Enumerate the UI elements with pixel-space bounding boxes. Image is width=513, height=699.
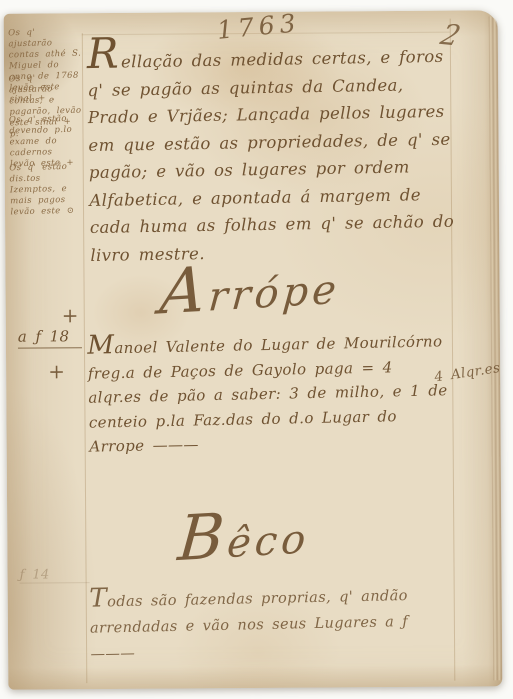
book-page-edge xyxy=(489,16,503,680)
folio-reference-faint: ƒ 14 xyxy=(20,567,90,583)
margin-note: Os q' estão dis.tos Izemptos, e mais pag… xyxy=(9,162,83,219)
cross-mark: + xyxy=(48,359,65,383)
scan-background: { "colors":{ "bg":"#fafaf7", "paper":"#e… xyxy=(0,0,513,699)
manuscript-page: 1763 2 Os q' ajustarão contas athé S. Mi… xyxy=(4,10,503,689)
cross-mark: + xyxy=(62,303,79,327)
section-heading-arrope: Arrópe xyxy=(108,241,393,331)
entry-paragraph: Todas são fazendas proprias, q' andão ar… xyxy=(89,578,455,668)
year-heading: 1763 xyxy=(183,5,335,48)
title-paragraph: Rellação das medidas certas, e foros q' … xyxy=(87,43,457,269)
folio-reference: a ƒ 18 xyxy=(18,327,82,348)
entry-paragraph: Manoel Valente do Lugar de Mourilcórno f… xyxy=(87,326,454,459)
section-heading-beco: Bêco xyxy=(117,490,372,578)
